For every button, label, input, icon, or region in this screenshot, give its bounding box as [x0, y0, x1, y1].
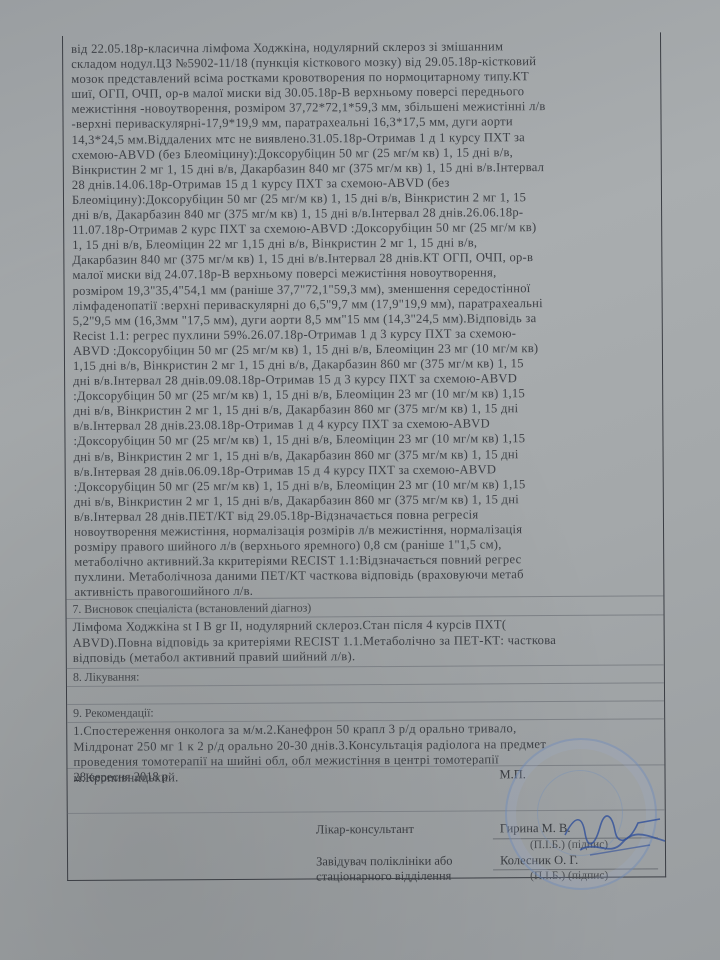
- handwritten-signature: [560, 805, 670, 865]
- signer-role-doctor: Лікар-консультант: [316, 822, 414, 838]
- history-text: від 22.05.18р-класична лімфома Ходжкіна,…: [71, 38, 658, 600]
- report-date: 28 вересня 2018 р.: [73, 769, 171, 785]
- divider: [67, 682, 664, 687]
- divider: [67, 700, 664, 705]
- section-7-label: 7. Висновок спеціаліста (встановлений ді…: [72, 600, 311, 616]
- signer-role-head: Завідувач поліклініки або стаціонарного …: [316, 854, 453, 885]
- section-7-diagnosis: Лімфома Ходжкіна st I B gr II, нодулярни…: [73, 616, 659, 666]
- section-9-label: 9. Рекомендації:: [73, 705, 154, 720]
- section-8-label: 8. Лікування:: [73, 670, 139, 685]
